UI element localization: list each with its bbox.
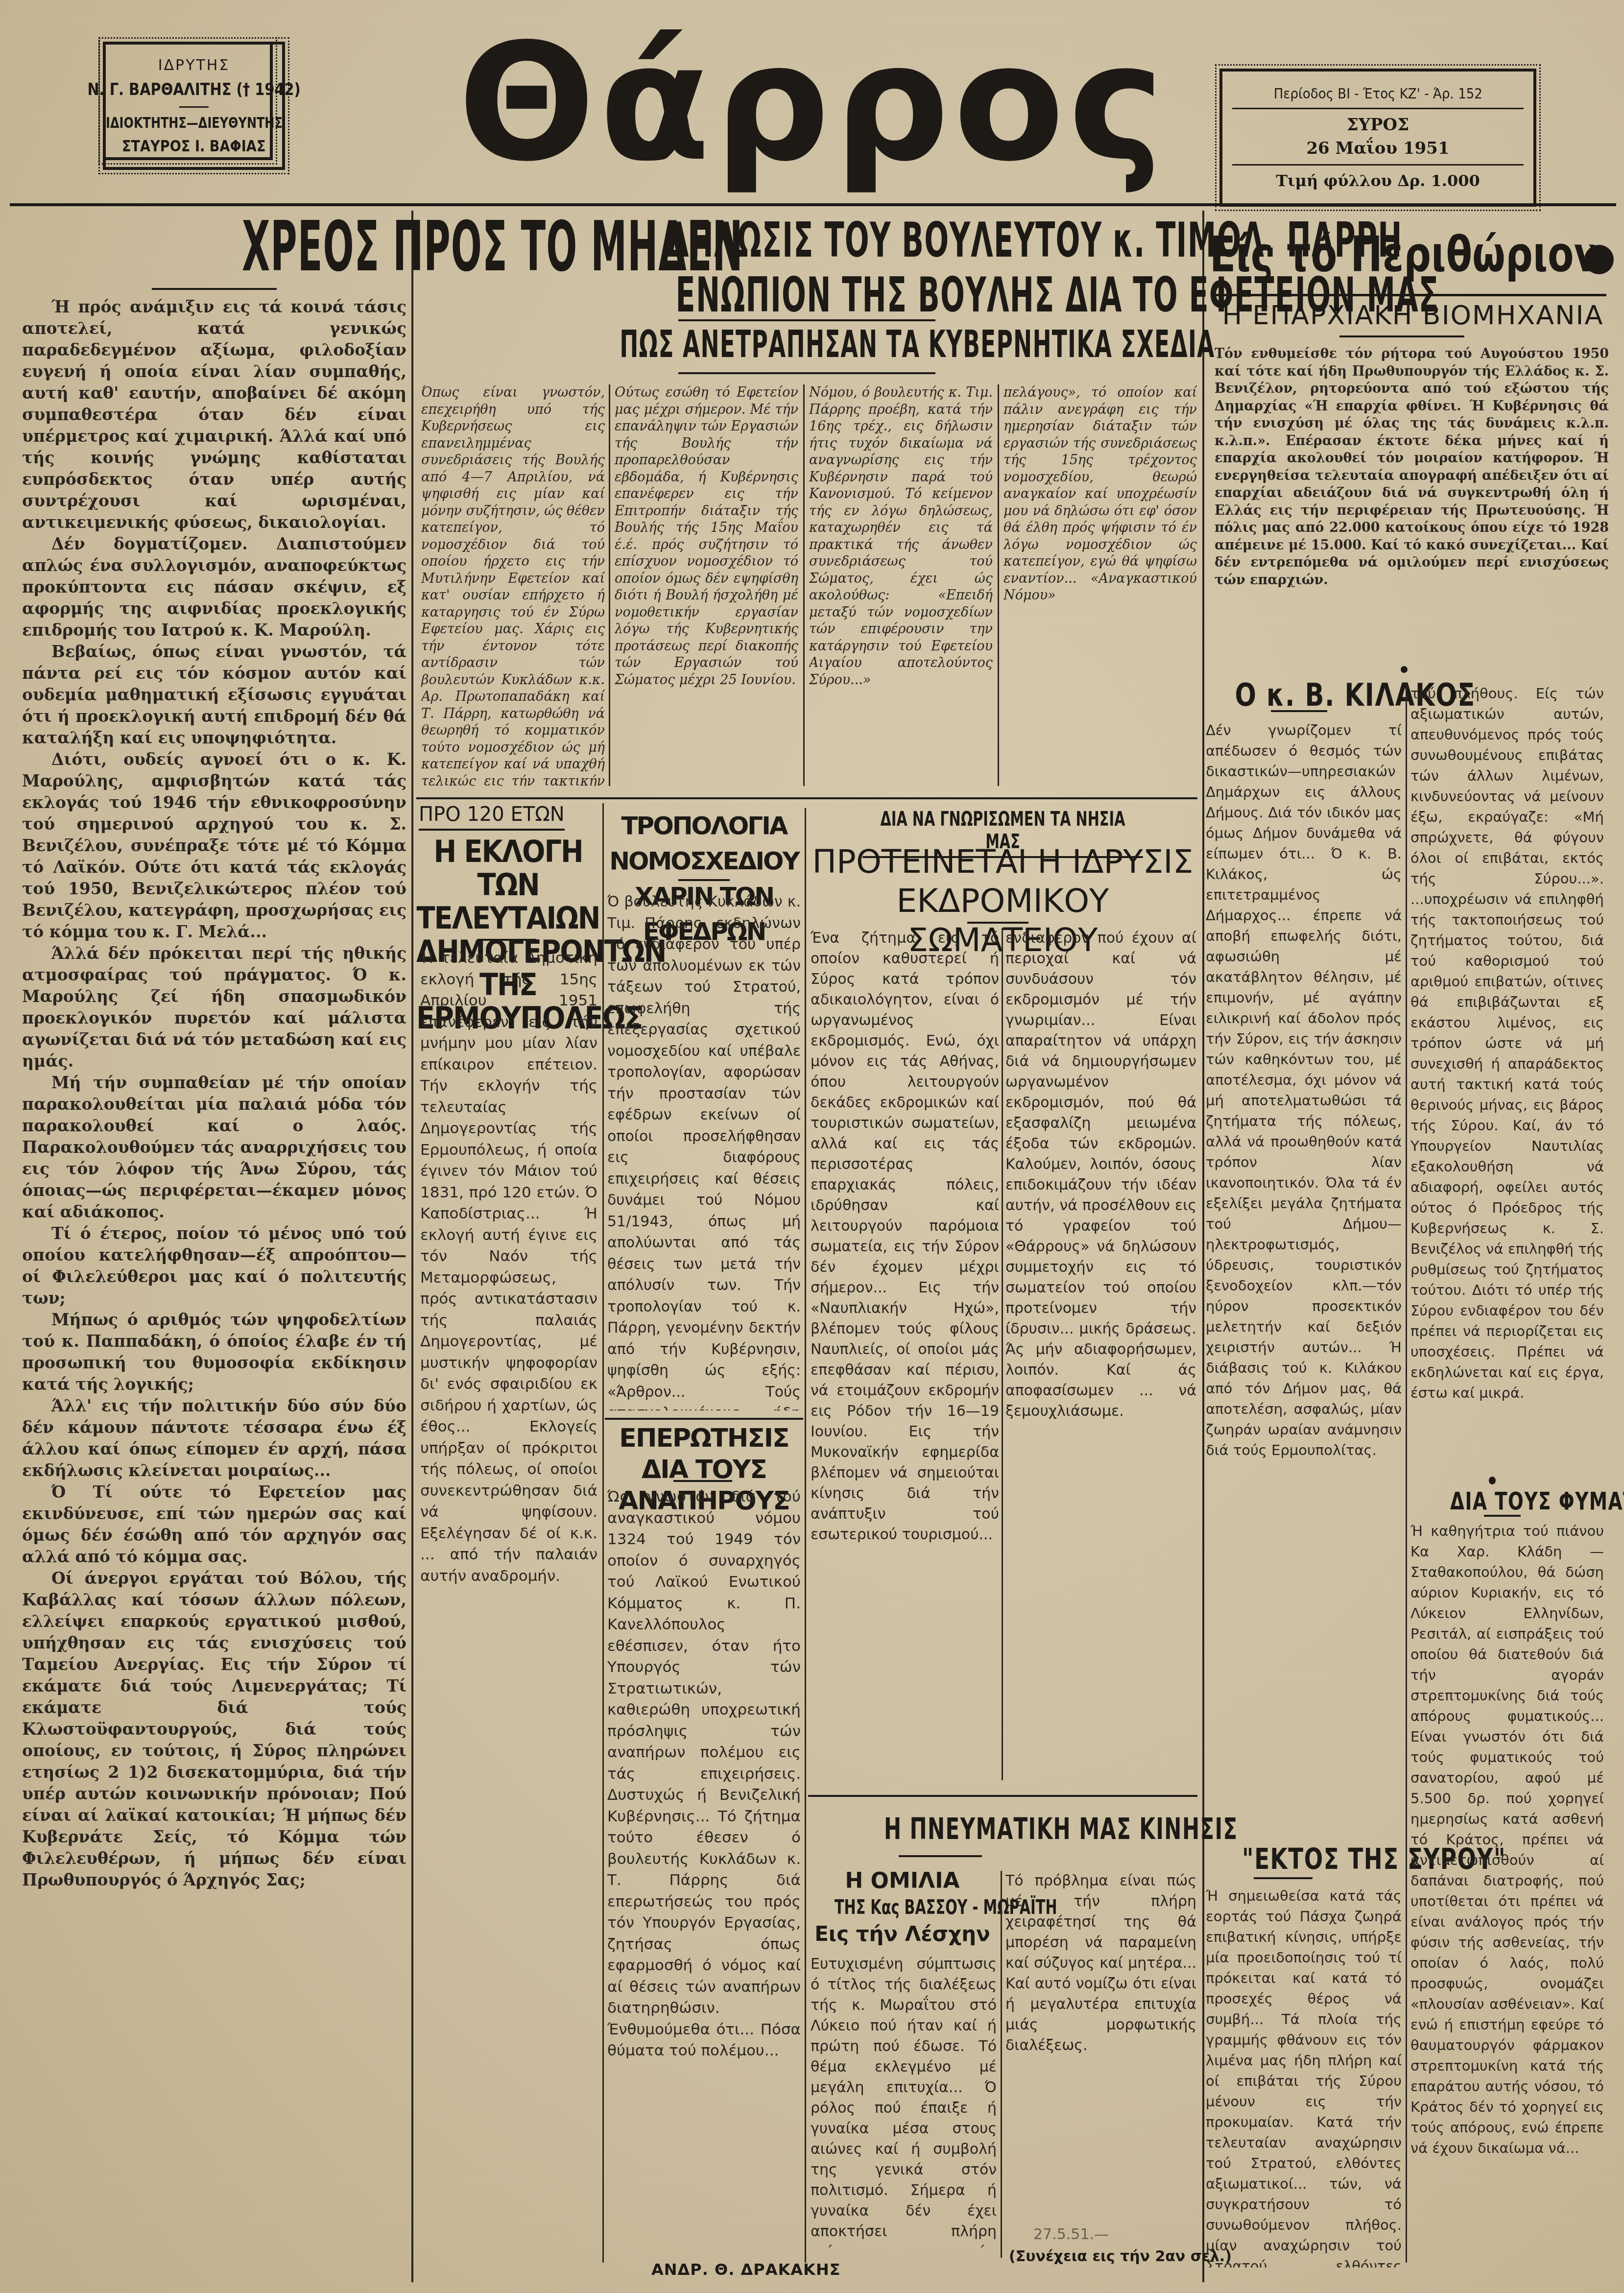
except-syros-body: Ή σημειωθείσα κατά τάς εορτάς τού Πάσχα … [1206,1886,1402,2268]
column-rule [1002,928,1003,1780]
parris-subheadline: ΠΩΣ ΑΝΕΤΡΑΠΗΣΑΝ ΤΑ ΚΥΒΕΡΝΗΤΙΚΑ ΣΧΕΔΙΑ [620,323,1215,365]
headline-rule [1484,1515,1521,1517]
excursion-headline-1: ΠΡΟΤΕΙΝΕΤΑΙ Η ΙΔΡΥΣΙΣ [808,842,1197,882]
bullet-icon [1489,1477,1496,1484]
bullet-icon [1401,666,1408,673]
tuberculous-headline: ΔΙΑ ΤΟΥΣ ΦΥΜΑΤΙΚΟΥΣ [1450,1486,1624,1516]
parris-col-4: πελάγους», τό οποίον καί πάλιν ανεγράφη … [1003,384,1197,786]
bullet-icon [1584,245,1614,274]
headline-rule [678,372,935,374]
city: ΣΥΡΟΣ [1347,115,1409,135]
headline-rule [678,879,730,881]
issue-number: Περίοδος ΒΙ - Έτος ΚΖ' - Άρ. 152 [1273,85,1482,102]
excursion-col-1: Ένα ζήτημα εις τό οποίον καθυστερεί ή Σύ… [811,928,999,1780]
spiritual-sub-2: ΤΗΣ Κας ΒΑΣΣΟΥ - ΜΩΡΑΪΤΗ [835,1894,970,1921]
headline-rule [1339,335,1464,337]
owner-label: ΙΔΙΟΚΤΗΤΗΣ—ΔΙΕΥΘΥΝΤΗΣ [106,115,283,132]
headline-rule [899,1855,982,1857]
headline-rule [1271,710,1327,712]
headline-rule [152,288,277,290]
continued-note: (Συνέχεια εις τήν 2αν σελ.) [1009,2248,1232,2265]
elders-author: ΑΝΔΡ. Θ. ΔΡΑΚΑΚΗΣ [651,2260,841,2279]
masthead-rule [10,203,1616,206]
headline-rule [673,1480,732,1482]
kilakos-col-2: τού πλήθους. Είς τών αξιωματικών αυτών, … [1410,683,1604,1477]
tuberculous-body: Ή καθηγήτρια τού πιάνου Κα Χαρ. Κλάδη — … [1410,1521,1604,2265]
founder-label: ΙΔΡΥΤΗΣ [158,57,230,74]
column-rule [803,384,805,786]
section-rule [605,1418,803,1420]
spiritual-date: 27.5.51.— [1033,2226,1109,2243]
column-rule [602,803,604,2263]
issue-box: Περίοδος ΒΙ - Έτος ΚΖ' - Άρ. 152 ΣΥΡΟΣ 2… [1219,69,1536,207]
disabled-body: Ώς γνωστόν διά τού αναγκαστικού νόμου 13… [607,1486,801,2221]
parris-col-2: Ούτως εσώθη τό Εφετείον μας μέχρι σήμερο… [615,384,798,786]
column-rule [805,808,806,2263]
price: Τιμή φύλλου Δρ. 1.000 [1276,171,1480,190]
headline-rule [478,939,536,941]
newspaper-title: Θάρρος [406,20,1219,186]
section-rule [1215,294,1606,296]
parris-col-1: Όπως είναι γνωστόν, επεχειρήθη υπό τής Κ… [421,384,605,786]
issue-date: 26 Μαΐου 1951 [1306,139,1449,158]
spiritual-col-1: Ευτυχισμένη σύμπτωσις ό τίτλος τής διαλέ… [811,1954,997,2248]
section-rule [416,797,1197,799]
elders-body: Ή τελευταία Δημοτική εκλογή τής 15ης Απρ… [420,948,597,2192]
column-rule [411,211,413,2282]
column-rule [1001,1871,1002,2258]
section-rule [808,1795,1197,1797]
spiritual-sub-1: Η ΟΜΙΛΙΑ [808,1868,997,1894]
margin-subheadline: Η ΕΠΑΡΧΙΑΚΗ ΒΙΟΜΗΧΑΝΙΑ [1222,300,1604,331]
parris-col-3: Νόμου, ό βουλευτής κ. Τιμ. Πάρρης προέβη… [809,384,993,786]
margin-body: Τόν ενθυμείσθε τόν ρήτορα τού Αυγούστου … [1215,345,1609,678]
column-rule [609,384,610,786]
kilakos-col-1: Δέν γνωρίζομεν τί απέδωσεν ό θεσμός τών … [1206,720,1402,1851]
column-rule [1202,211,1204,2282]
headline-rule [967,922,1028,924]
spiritual-sub-3: Εις τήν Λέσχην [808,1921,997,1947]
spiritual-headline: Η ΠΝΕΥΜΑΤΙΚΗ ΜΑΣ ΚΙΝΗΣΙΣ [884,1812,1238,1846]
reservists-body: Ό βουλευτής Κυκλάδων κ. Τιμ. Πάρρης, εκδ… [607,891,801,1410]
debt-body: Ή πρός ανάμιξιν εις τά κοινά τάσις αποτε… [22,296,406,2250]
excursion-col-2: ενδιαφέρον πού έχουν αί περιοχαί καί νά … [1005,928,1196,1780]
elders-kicker: ΠΡΟ 120 ΕΤΩΝ [419,803,565,831]
owner-name: ΣΤΑΥΡΟΣ Ι. ΒΑΦΙΑΣ [122,137,266,155]
spiritual-col-2: Τό πρόβλημα είναι πώς μέ τήν πλήρη χειρα… [1005,1871,1196,2209]
founder-name: Ν. Γ. ΒΑΡΘΑΛΙΤΗΣ († 1942) [87,80,300,99]
column-rule [998,384,999,786]
founder-box: ΙΔΡΥΤΗΣ Ν. Γ. ΒΑΡΘΑΛΙΤΗΣ († 1942) ΙΔΙΟΚΤ… [103,42,285,170]
column-rule [1406,686,1407,2263]
margin-headline: Είς τό Περιθώριον [1210,225,1621,284]
headline-rule [678,319,935,321]
headline-rule [1254,1877,1313,1879]
